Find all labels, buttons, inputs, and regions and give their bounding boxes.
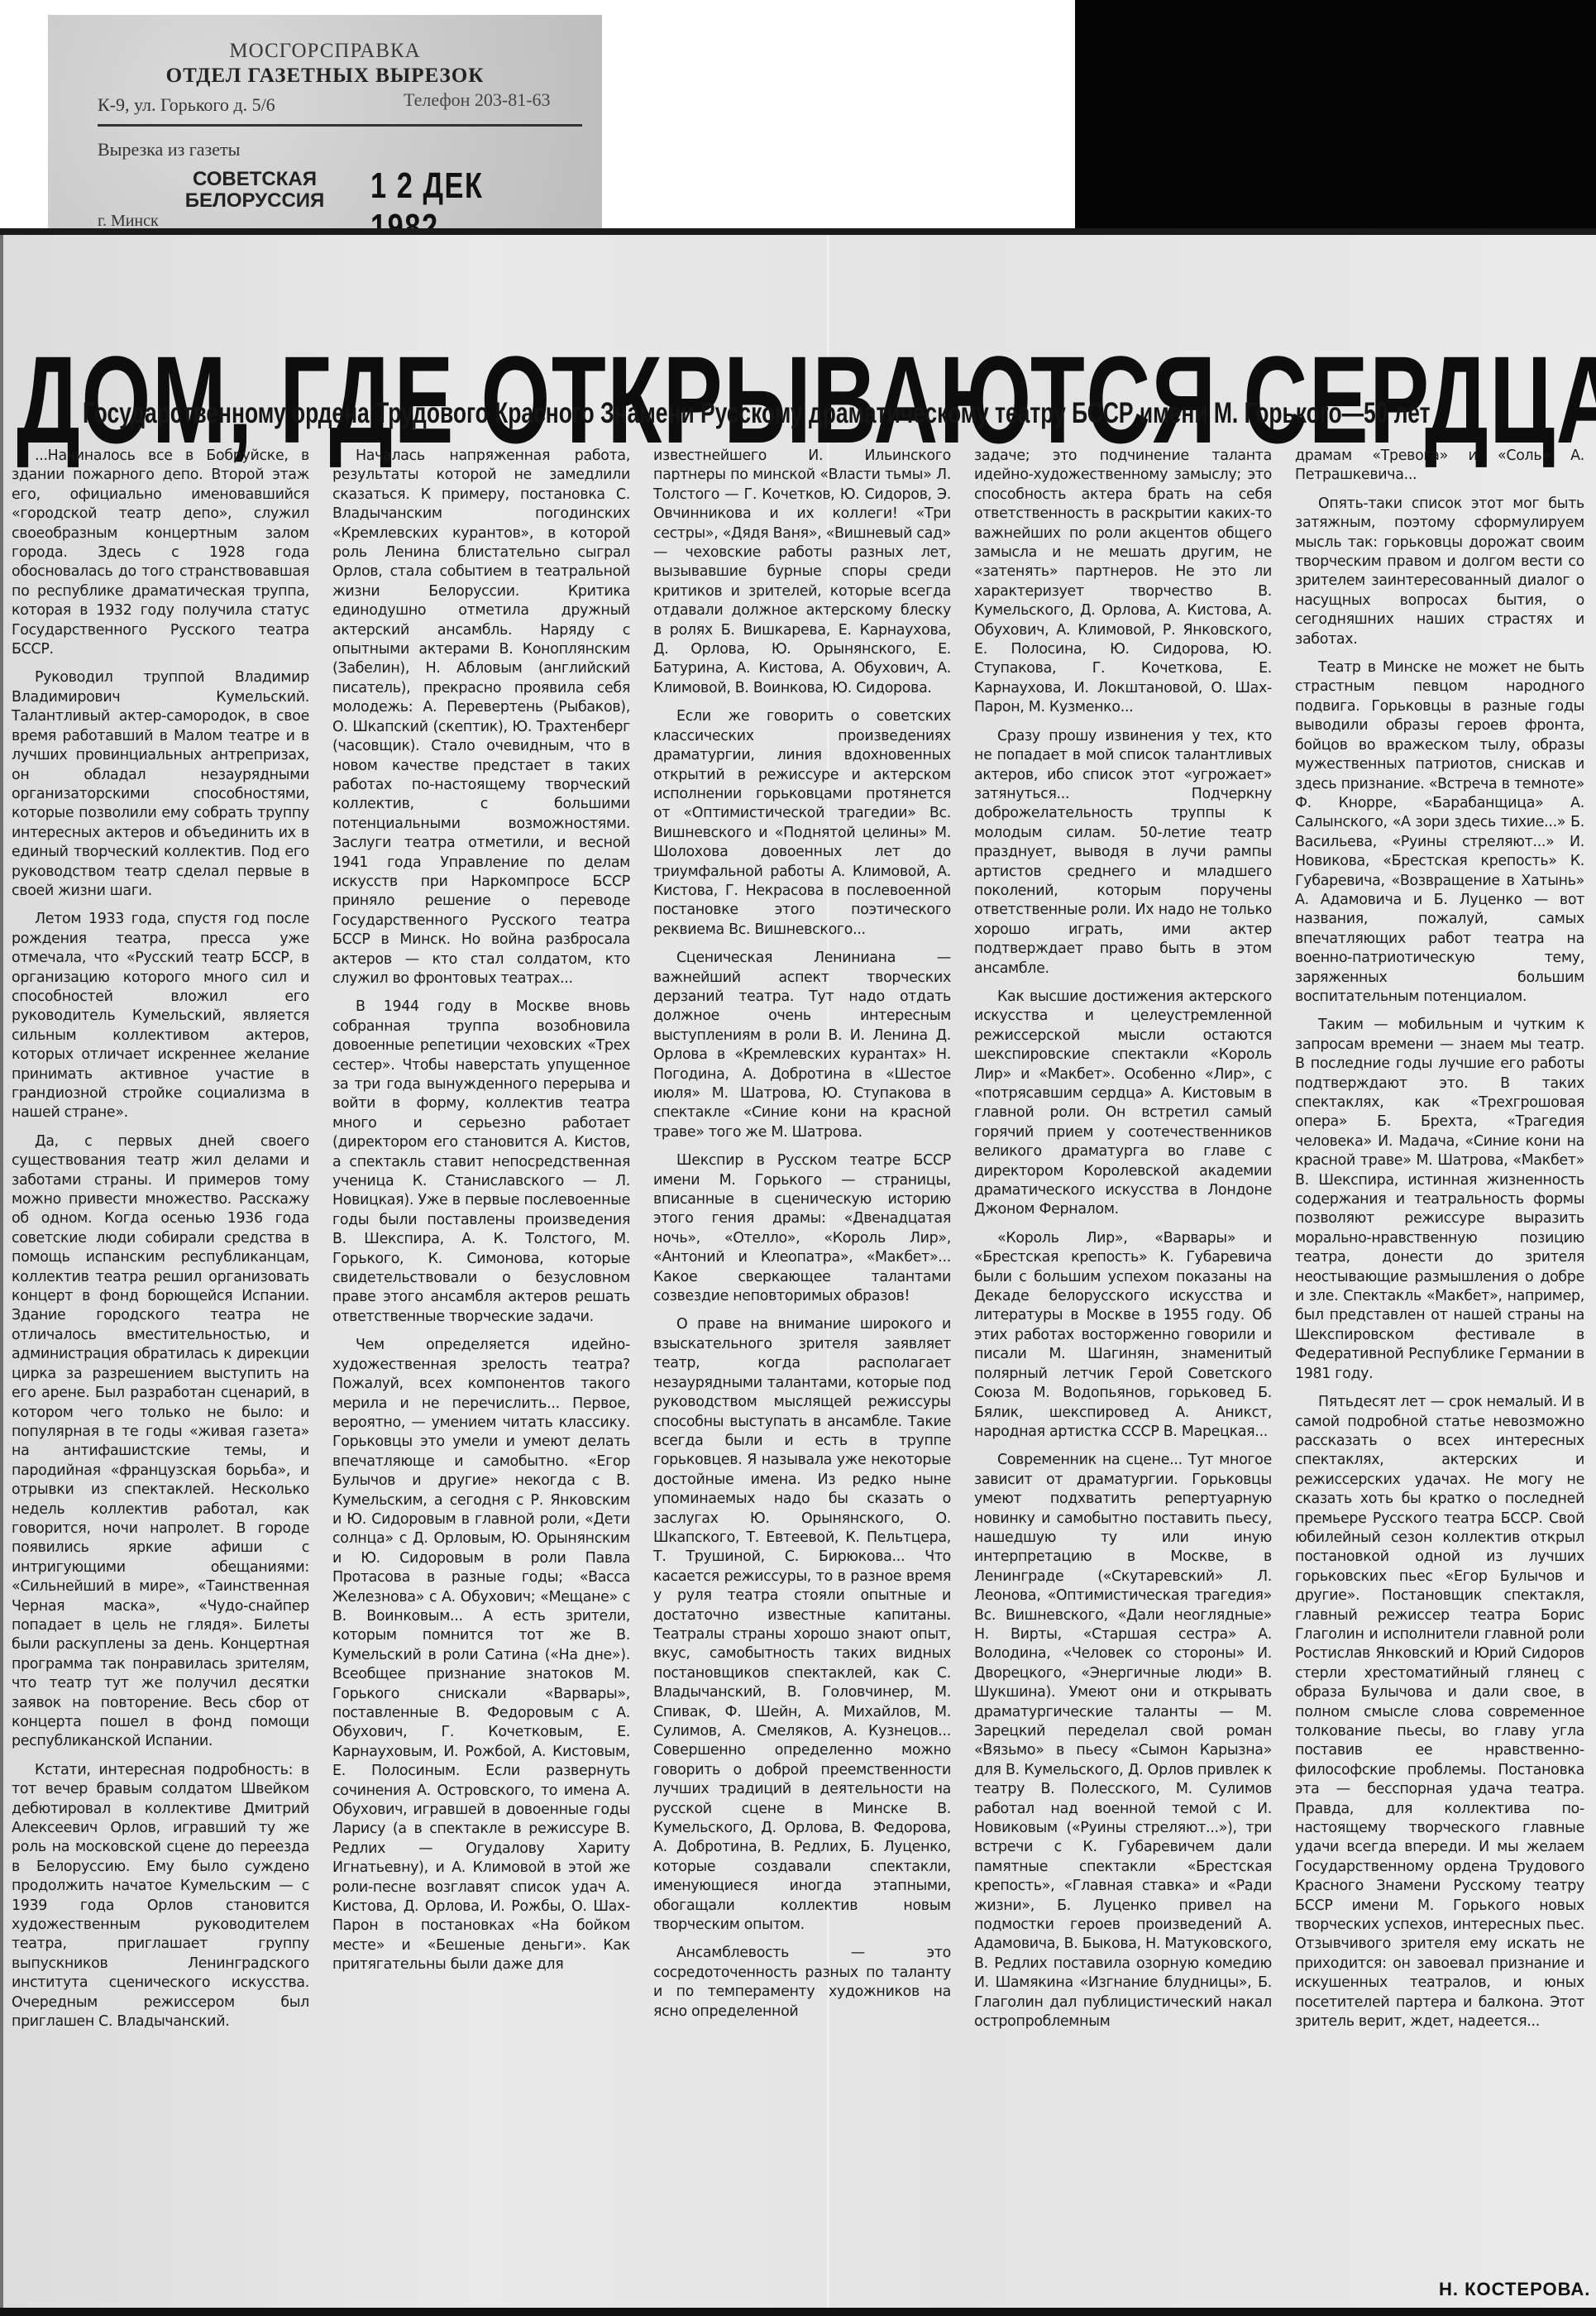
paragraph: ...Начиналось все в Бобруйске, в здании … <box>12 447 309 659</box>
article-column-3: известнейшего И. Ильинского партнеры по … <box>653 447 951 2031</box>
paragraph: Современник на сцене... Тут многое завис… <box>974 1451 1272 2031</box>
paragraph: Если же говорить о советских классически… <box>653 707 951 940</box>
article-subtitle: Государственному ордена Трудового Красно… <box>83 397 1431 430</box>
agency-phone: Телефон 203-81-63 <box>404 89 551 111</box>
cut-from-label: Вырезка из газеты <box>98 139 240 160</box>
paragraph: В 1944 году в Москве вновь собранная тру… <box>332 998 630 1327</box>
paragraph: Кстати, интересная подробность: в тот ве… <box>12 1761 309 2032</box>
newspaper-name: СОВЕТСКАЯ БЕЛОРУССИЯ <box>155 169 354 212</box>
paragraph: Ансамблевость — это сосредоточенность ра… <box>653 1944 951 2022</box>
paragraph: Шекспир в Русском театре БССР имени М. Г… <box>653 1151 951 1306</box>
paragraph: Да, с первых дней своего существования т… <box>12 1132 309 1752</box>
author-signature: Н. КОСТЕРОВА. <box>1439 2279 1590 2300</box>
agency-name: МОСГОРСПРАВКА <box>48 40 602 63</box>
paragraph: драмам «Тревога» и «Соль» А. Петрашкевич… <box>1295 447 1584 486</box>
paragraph: Театр в Минске не может не быть страстны… <box>1295 658 1584 1007</box>
paragraph: Летом 1933 года, спустя год после рожден… <box>12 910 309 1122</box>
article-column-2: Началась напряженная работа, результаты … <box>332 447 630 1984</box>
paragraph: Как высшие достижения актерского искусст… <box>974 988 1272 1220</box>
paragraph: Таким — мобильным и чутким к запросам вр… <box>1295 1016 1584 1384</box>
paragraph: Чем определяется идейно-художественная з… <box>332 1336 630 1974</box>
article-column-5: драмам «Тревога» и «Соль» А. Петрашкевич… <box>1295 447 1584 2041</box>
clipping-left-edge <box>0 235 3 2316</box>
department-name: ОТДЕЛ ГАЗЕТНЫХ ВЫРЕЗОК <box>48 65 602 88</box>
paragraph: О праве на внимание широкого и взыскател… <box>653 1315 951 1935</box>
clipping-bureau-label: МОСГОРСПРАВКА ОТДЕЛ ГАЗЕТНЫХ ВЫРЕЗОК К-9… <box>48 15 602 228</box>
paragraph: задаче; это подчинение таланта идейно-ху… <box>974 447 1272 718</box>
agency-address: К-9, ул. Горького д. 5/6 <box>98 94 275 116</box>
article-column-4: задаче; это подчинение таланта идейно-ху… <box>974 447 1272 2041</box>
top-border-rule <box>0 228 1596 235</box>
paragraph: Опять-таки список этот мог быть затяжным… <box>1295 495 1584 649</box>
article-column-1: ...Начиналось все в Бобруйске, в здании … <box>12 447 309 2041</box>
label-divider <box>98 124 582 127</box>
paragraph: Сразу прошу извинения у тех, кто не попа… <box>974 727 1272 979</box>
bottom-border-rule <box>0 2308 1596 2316</box>
paragraph: «Король Лир», «Варвары» и «Брестская кре… <box>974 1229 1272 1442</box>
paragraph: Руководил труппой Владимир Владимирович … <box>12 668 309 901</box>
paragraph: Началась напряженная работа, результаты … <box>332 447 630 988</box>
paragraph: Сценическая Лениниана — важнейший аспект… <box>653 949 951 1142</box>
paragraph: известнейшего И. Ильинского партнеры по … <box>653 447 951 698</box>
paragraph: Пятьдесят лет — срок немалый. И в самой … <box>1295 1393 1584 2031</box>
dark-background-area <box>1075 0 1596 234</box>
